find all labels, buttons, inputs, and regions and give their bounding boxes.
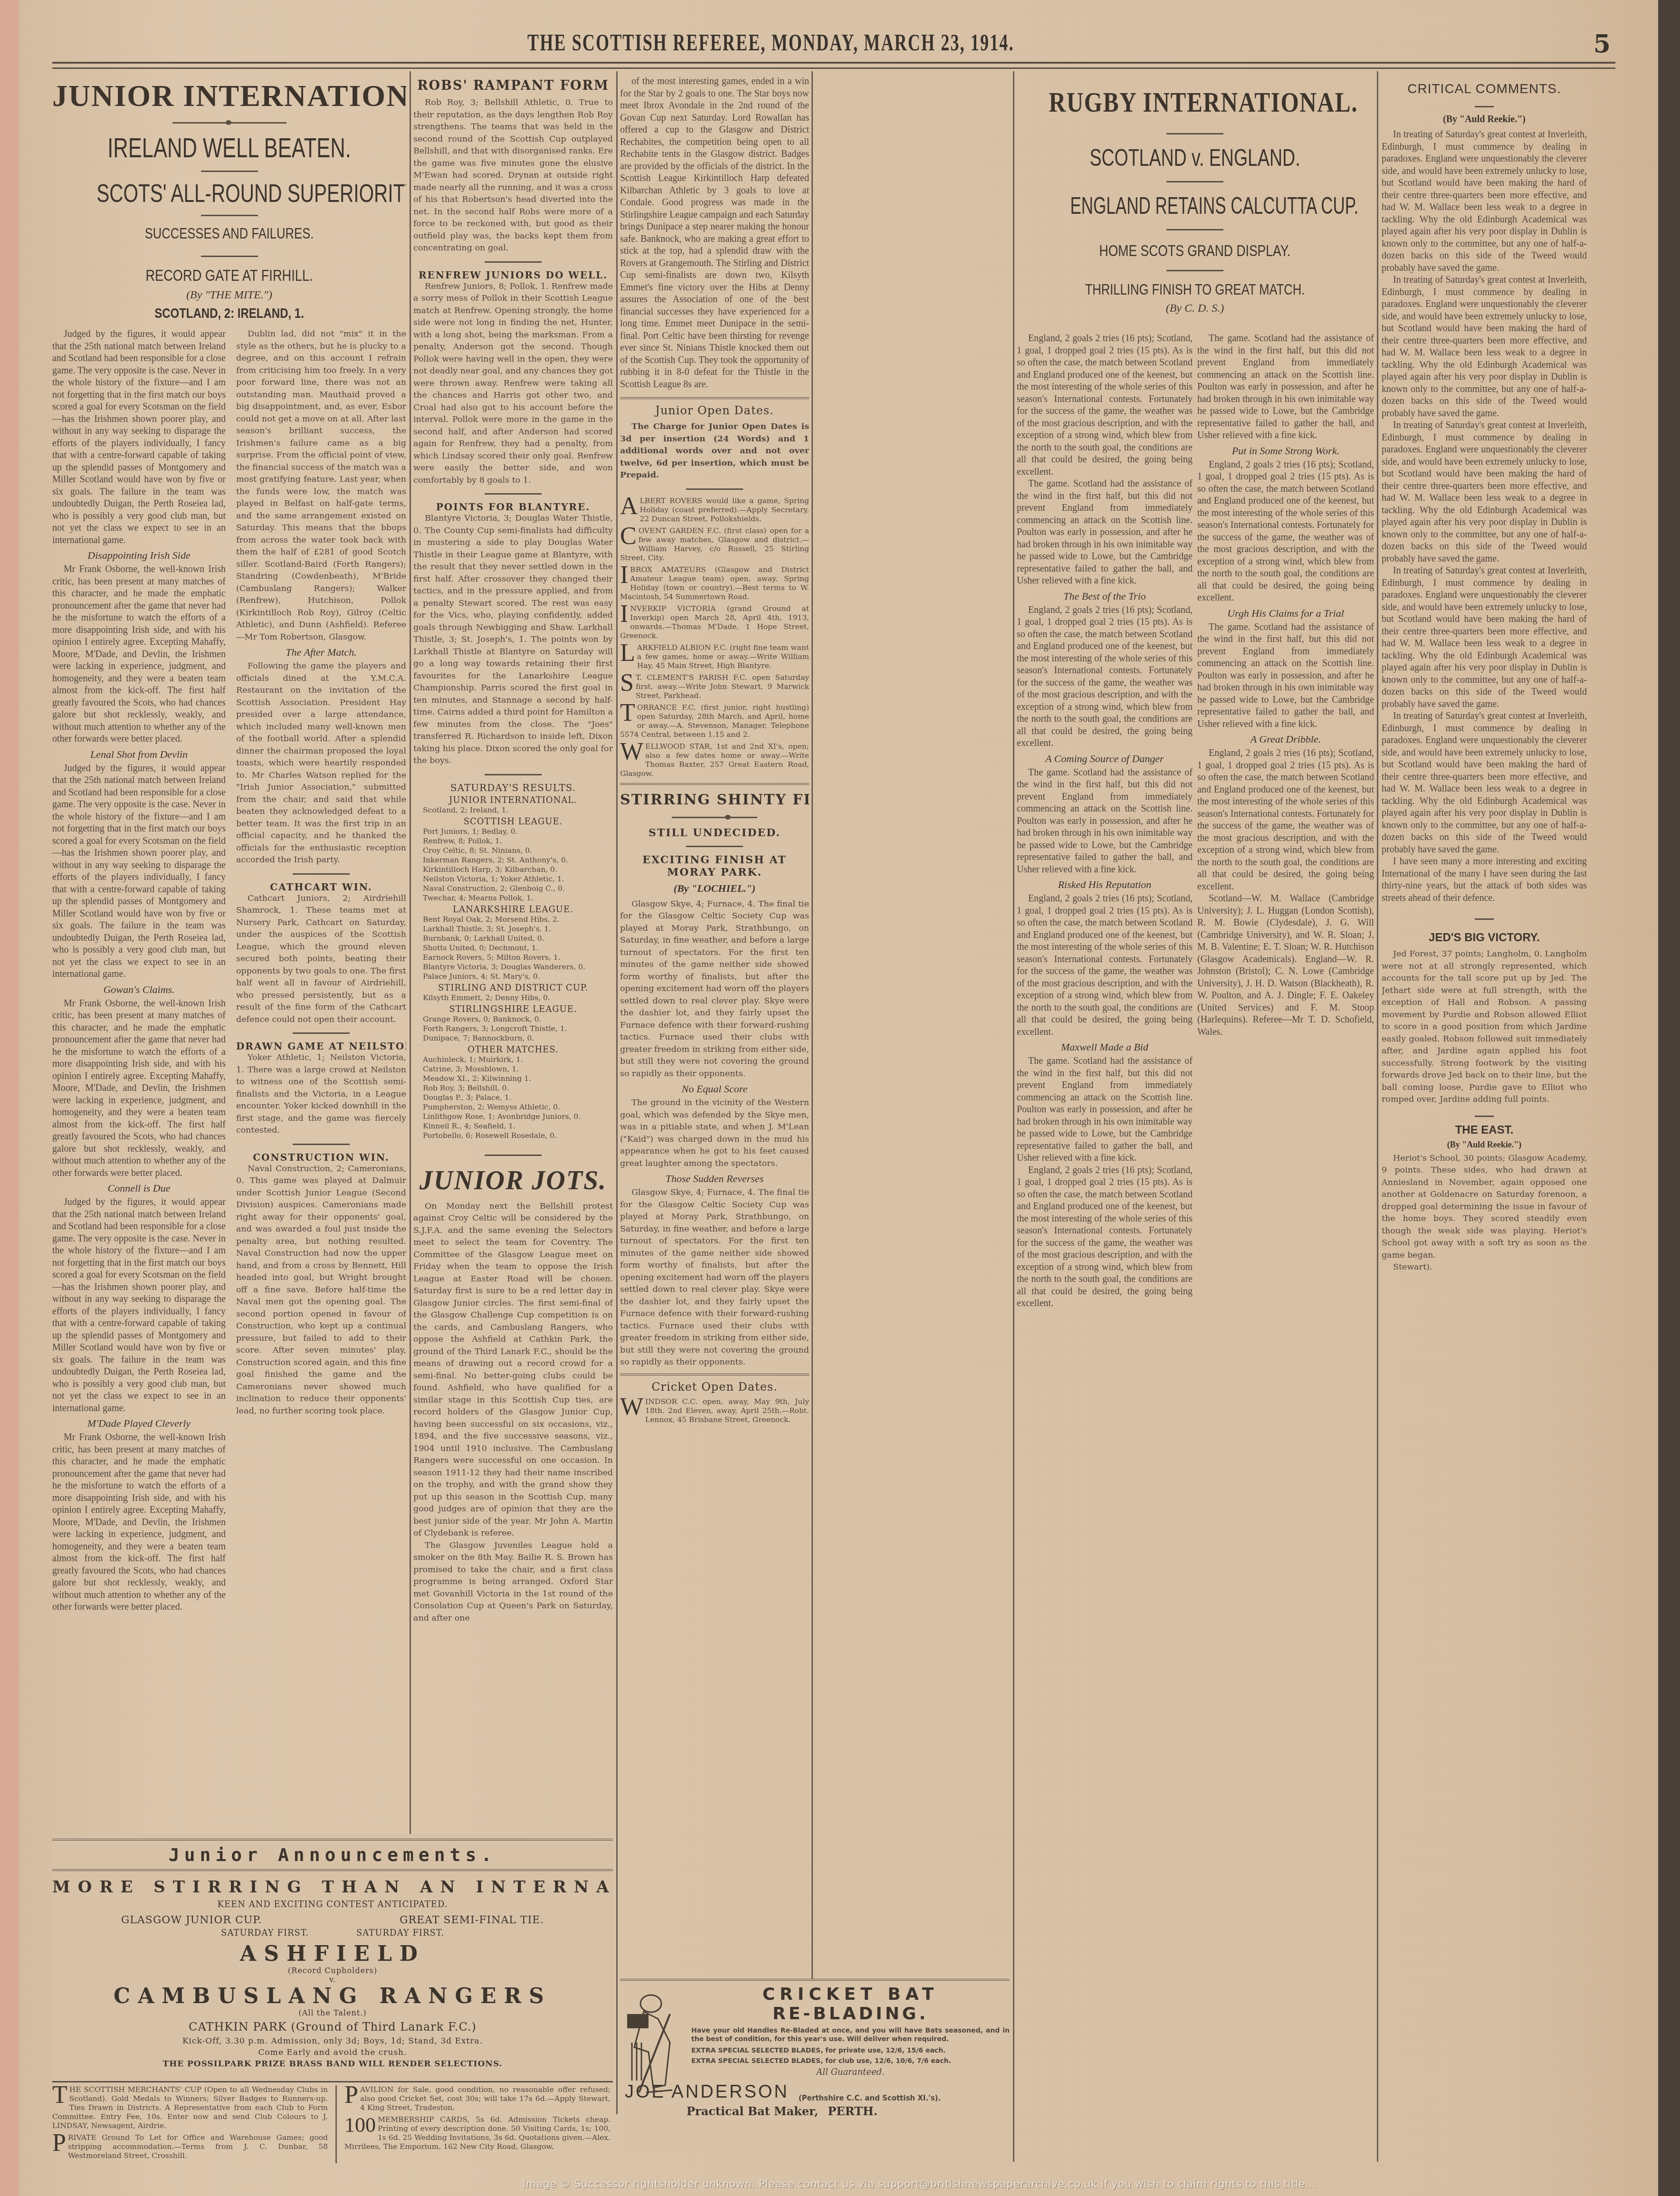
article-body: In treating of Saturday's great contest … — [1382, 420, 1587, 565]
competition-name: GLASGOW JUNIOR CUP. — [121, 1914, 262, 1926]
dropcap: S — [620, 673, 634, 693]
article-body: Heriot's School, 30 points; Glasgow Acad… — [1382, 1153, 1587, 1262]
subhead: A Coming Source of Danger — [1017, 753, 1193, 765]
deck: ENGLAND RETAINS CALCUTTA CUP. — [1070, 192, 1320, 220]
ad-text: ELLWOOD STAR, 1st and 2nd XI's, open; al… — [620, 742, 809, 778]
divider — [485, 493, 542, 495]
subhead: Gowan's Claims. — [52, 983, 226, 996]
results-section-title: STIRLING AND DISTRICT CUP. — [413, 983, 613, 993]
article-body: Judged by the figures, it would appear t… — [52, 1196, 226, 1414]
team-lineups: Scotland—W. M. Wallace (Cambridge Univer… — [1197, 893, 1374, 1038]
column-rule — [1377, 71, 1378, 2162]
result-row: Renfrew, 8; Pollok, 1. — [413, 836, 613, 846]
headline: RUGBY INTERNATIONAL. — [1049, 86, 1341, 119]
dropcap: L — [620, 643, 635, 663]
article-body: of the most interesting games, ended in … — [620, 76, 809, 391]
result-row: Blantyre Victoria, 3; Douglas Wanderers,… — [413, 962, 613, 972]
headline: JUNIOR JOTS. — [413, 1165, 613, 1196]
open-date-ad: WELLWOOD STAR, 1st and 2nd XI's, open; a… — [620, 742, 809, 778]
cricket-bat-ad: CRICKET BAT RE-BLADING. Have your old Ha… — [620, 1979, 1010, 2151]
maker-town: PERTH. — [828, 2104, 878, 2118]
divider — [293, 1032, 350, 1034]
match-day: SATURDAY FIRST. — [221, 1928, 309, 1938]
result-row: Pumpherston, 2; Wemyss Athletic, 0. — [413, 1102, 613, 1112]
article-body: In treating of Saturday's great contest … — [1382, 274, 1587, 420]
article-body: Judged by the figures, it would appear t… — [52, 328, 226, 546]
divider — [201, 256, 258, 257]
page-number: 5 — [1594, 29, 1611, 58]
ad-text: RIVATE Ground To Let for Office and Ware… — [68, 2133, 328, 2160]
result-row: Scotland, 2; Ireland, 1. — [413, 805, 613, 815]
subhead: Urgh His Claims for a Trial — [1197, 607, 1374, 620]
open-dates-list: ALBERT ROVERS would like a game, Spring … — [620, 496, 809, 778]
subhead: Those Sudden Reverses — [620, 1173, 809, 1185]
divider — [686, 846, 743, 847]
divider — [485, 1155, 542, 1156]
deck: STILL UNDECIDED. — [620, 827, 809, 839]
divider — [1166, 229, 1223, 230]
result-row: Kinneil R., 4; Seafield, 1. — [413, 1121, 613, 1131]
divider — [201, 171, 258, 172]
subhead: Lenal Shot from Devlin — [52, 748, 226, 761]
classified-ad: WINDSOR C.C. open, away, May 9th, July 1… — [620, 1397, 809, 1424]
result-row: Larkhall Thistle, 3; St. Joseph's, 1. — [413, 924, 613, 934]
result-row: Kilsyth Emmett, 2; Denny Hibs, 0. — [413, 993, 613, 1003]
rugby-column-b: The game. Scotland had the assistance of… — [1197, 333, 1374, 2167]
dropcap: A — [620, 496, 638, 516]
classified-ad: THE SCOTTISH MERCHANTS' CUP (Open to all… — [52, 2085, 328, 2130]
result-row: Naval Construction, 2; Glenboig C., 0. — [413, 884, 613, 893]
result-row: Rob Roy, 3; Bellshill, 0. — [413, 1083, 613, 1093]
article-body: Jed Forest, 37 points; Langholm, 0. Lang… — [1382, 948, 1587, 1106]
divider — [485, 261, 542, 263]
subhead: Disappointing Irish Side — [52, 549, 226, 562]
deck: EXCITING FINISH AT MORAY PARK. — [620, 854, 809, 878]
divider — [293, 1144, 350, 1145]
ad-title: CRICKET BAT — [691, 1985, 1010, 2004]
open-date-ad: IBROX AMATEURS (Glasgow and District Ama… — [620, 565, 809, 602]
result-row: Dunipace, 7; Bannockburn, 0. — [413, 1033, 613, 1043]
article-body: Judged by the figures, it would appear t… — [52, 763, 226, 981]
subhead: No Equal Score — [620, 1083, 809, 1095]
deck: SCOTLAND v. ENGLAND. — [1061, 144, 1329, 172]
ad-text: OVENT GARDEN F.C. (first class) open for… — [620, 526, 809, 562]
subhead: The After Match. — [236, 646, 406, 659]
byline: (By "LOCHIEL.") — [620, 882, 809, 895]
results-section-title: SCOTTISH LEAGUE. — [413, 817, 613, 827]
results-section-title: LANARKSHIRE LEAGUE. — [413, 905, 613, 915]
results-section-title: OTHER MATCHES. — [413, 1045, 613, 1055]
article-body: Mr Frank Osborne, the well-known Irish c… — [52, 1432, 226, 1614]
divider — [1475, 1116, 1494, 1117]
byline: (By C. D. S.) — [1017, 302, 1373, 315]
article-body: Blantyre Victoria, 3; Douglas Water This… — [413, 513, 613, 767]
subhead: Connell is Due — [52, 1182, 226, 1194]
ad-body: Have your old Handles Re-Bladed at once,… — [691, 2026, 1010, 2043]
rugby-column-a: England, 2 goals 2 tries (16 pts); Scotl… — [1017, 333, 1193, 2167]
subhead: The Best of the Trio — [1017, 590, 1193, 602]
article-body: England, 2 goals 2 tries (16 pts); Scotl… — [1017, 893, 1193, 1038]
maker-note: (Perthshire C.C. and Scottish XI.'s). — [799, 2094, 941, 2102]
page-binding-edge — [0, 0, 20, 2196]
column-rule — [410, 71, 411, 1839]
result-row: Meadow XI., 2; Kilwinning 1. — [413, 1074, 613, 1083]
subhead: Maxwell Made a Bid — [1017, 1041, 1193, 1053]
masthead-rule — [52, 62, 1615, 69]
article-body: In treating of Saturday's great contest … — [1382, 710, 1587, 856]
headline: STIRRING SHINTY FINAL. — [620, 792, 809, 808]
article-body: On Monday next the Bellshill protest aga… — [413, 1201, 613, 1540]
divider — [686, 488, 743, 490]
column-3: ROBS' RAMPANT FORM Rob Roy, 3; Bellshill… — [413, 69, 613, 2121]
results-list: JUNIOR INTERNATIONAL.Scotland, 2; Irelan… — [413, 795, 613, 1140]
result-row: Forth Rangers, 3; Longcroft Thistle, 1. — [413, 1024, 613, 1033]
headline: POINTS FOR BLANTYRE. — [413, 501, 613, 513]
result-row: Inkerman Rangers, 2; St. Anthony's, 0. — [413, 855, 613, 865]
divider — [1475, 918, 1494, 920]
result-row: Auchinleck, 1; Muirkirk, 1. — [413, 1055, 613, 1064]
ad-text: INDSOR C.C. open, away, May 9th, July 18… — [645, 1397, 809, 1424]
dropcap: I — [620, 604, 628, 624]
dropcap: 100 — [344, 2115, 376, 2135]
ad-text: ARKFIELD ALBION F.C. (right fine team wa… — [637, 643, 809, 670]
article-body: Glasgow Skye, 4; Furnace, 4. The final t… — [620, 898, 809, 1080]
column-rule — [616, 71, 618, 2114]
masthead-title: THE SCOTTISH REFEREE, MONDAY, MARCH 23, … — [527, 29, 1014, 56]
results-section-title: JUNIOR INTERNATIONAL. — [413, 795, 613, 805]
article-body: Mr Frank Osborne, the well-known Irish c… — [52, 563, 226, 745]
article-body: The game. Scotland had the assistance of… — [1017, 1055, 1193, 1165]
result-row: Port Juniors, 1; Bedlay, 0. — [413, 827, 613, 836]
divider — [172, 122, 286, 124]
ad-title: RE-BLADING. — [691, 2004, 1010, 2024]
column-rule — [811, 71, 813, 2124]
headline: CRITICAL COMMENTS. — [1382, 81, 1587, 96]
result-row: Grange Rovers, 0; Banknock, 0. — [413, 1014, 613, 1024]
batsman-illustration-icon — [625, 1990, 687, 2100]
guarantee: All Guaranteed. — [691, 2067, 1010, 2077]
article-body: The game. Scotland had the assistance of… — [1197, 621, 1374, 731]
result-row: Bent Royal Oak, 2; Morsend Hibs, 2. — [413, 915, 613, 924]
divider — [485, 774, 542, 775]
deck: IRELAND WELL BEATEN. — [96, 132, 362, 164]
article-body: Dublin lad, did not "mix" it in the styl… — [236, 328, 406, 643]
open-date-ad: ALBERT ROVERS would like a game, Spring … — [620, 496, 809, 524]
article-body: England, 2 goals 2 tries (16 pts); Scotl… — [1197, 459, 1374, 604]
headline: Cricket Open Dates. — [620, 1380, 809, 1394]
divider — [1166, 133, 1223, 134]
deck: SCOTS' ALL-ROUND SUPERIORITY. — [96, 179, 362, 208]
result-row: Shotts United, 0; Dechmont, 1. — [413, 943, 613, 953]
divider — [1166, 181, 1223, 182]
article-body: The ground in the vicinity of the Wester… — [620, 1097, 809, 1170]
subhead: Put in Some Strong Work. — [1197, 445, 1374, 457]
ad-price: EXTRA SPECIAL SELECTED BLADES, for priva… — [691, 2046, 1010, 2055]
copyright-watermark: Image © Successor rightsholder unknown. … — [523, 2178, 1316, 2190]
deck: THRILLING FINISH TO GREAT MATCH. — [1052, 281, 1337, 298]
ad-text: LBERT ROVERS would like a game, Spring H… — [640, 496, 809, 523]
result-row: Croy Celtic, 8; St. Ninians, 0. — [413, 846, 613, 855]
ad-text: ORRANCE F.C. (first junior, right hustli… — [620, 703, 809, 739]
ad-price: EXTRA SPECIAL SELECTED BLADES, for club … — [691, 2057, 1010, 2065]
results-headline: SATURDAY'S RESULTS. — [413, 782, 613, 793]
headline: Junior Open Dates. — [620, 404, 809, 417]
headline: RENFREW JUNIORS DO WELL. — [413, 269, 613, 281]
article-body: Yoker Athletic, 1; Neilston Victoria, 1.… — [236, 1052, 406, 1137]
subhead: Risked His Reputation — [1017, 878, 1193, 891]
column-rule — [335, 2085, 337, 2163]
headline: CATHCART WIN. — [236, 881, 406, 893]
column-4: of the most interesting games, ended in … — [620, 69, 809, 2159]
headline: JED'S BIG VICTORY. — [1382, 931, 1587, 945]
divider — [293, 873, 350, 875]
article-body: Naval Construction, 2; Cameronians, 0. T… — [236, 1163, 406, 1418]
column-7: CRITICAL COMMENTS. (By "Auld Reekie.") I… — [1382, 69, 1587, 2169]
open-date-ad: INVERKIP VICTORIA (grand Ground at Inver… — [620, 604, 809, 640]
divider — [201, 215, 258, 216]
result-row: Kirkintilloch Harp, 3; Kilbarchan, 0. — [413, 865, 613, 874]
result-row: Portobello, 6; Rosewell Rosedale, 0. — [413, 1131, 613, 1140]
article-body: The Glasgow Juveniles League hold a smok… — [413, 1540, 613, 1625]
subhead: M'Dade Played Cleverly — [52, 1417, 226, 1430]
headline: CONSTRUCTION WIN. — [236, 1152, 406, 1163]
article-body: The game. Scotland had the assistance of… — [1017, 767, 1193, 876]
open-date-ad: LARKFIELD ALBION F.C. (right fine team w… — [620, 643, 809, 670]
ad-text: T. CLEMENT'S PARISH F.C. open Saturday f… — [636, 673, 809, 700]
subhead: A Great Dribble. — [1197, 733, 1374, 745]
divider — [672, 817, 757, 818]
dropcap: T — [52, 2085, 67, 2105]
deck: HOME SCOTS GRAND DISPLAY. — [1056, 242, 1334, 260]
article-body: In treating of Saturday's great contest … — [1382, 565, 1587, 710]
headline: JUNIOR INTERNATIONAL. — [52, 78, 406, 114]
masthead: THE SCOTTISH REFEREE, MONDAY, MARCH 23, … — [52, 0, 1615, 67]
dropcap: P — [52, 2133, 66, 2153]
ad-text: HE SCOTTISH MERCHANTS' CUP (Open to all … — [52, 2085, 328, 2130]
divider — [1166, 270, 1223, 271]
dropcap: C — [620, 526, 637, 546]
byline: (By "Auld Reekie.") — [1382, 114, 1587, 125]
result-row: Catrine, 3; Mossblown, 1. — [413, 1064, 613, 1074]
article-body: Glasgow Skye, 4; Furnace, 4. The final t… — [620, 1187, 809, 1369]
article-body: The game. Scotland had the assistance of… — [1197, 333, 1374, 442]
result-row: Neilston Victoria, 1; Yoker Athletic, 1. — [413, 874, 613, 884]
article-body: Mr Frank Osborne, the well-known Irish c… — [52, 998, 226, 1180]
ad-text: NVERKIP VICTORIA (grand Ground at Inverk… — [620, 604, 809, 640]
article-body: England, 2 goals 2 tries (16 pts); Scotl… — [1197, 747, 1374, 893]
article-junior-international: JUNIOR INTERNATIONAL. IRELAND WELL BEATE… — [52, 69, 406, 1614]
article-body: Following the game the players and offic… — [236, 660, 406, 867]
headline: DRAWN GAME AT NEILSTON. — [236, 1041, 406, 1052]
open-date-ad: ST. CLEMENT'S PARISH F.C. open Saturday … — [620, 673, 809, 700]
classified-ad: PRIVATE Ground To Let for Office and War… — [52, 2133, 328, 2160]
open-date-ad: COVENT GARDEN F.C. (first class) open fo… — [620, 526, 809, 563]
byline: (By "Auld Reekie.") — [1382, 1140, 1587, 1150]
open-date-ad: TORRANCE F.C. (first junior, right hustl… — [620, 703, 809, 739]
article-body: Cathcart Juniors, 2; Airdriehill Shamroc… — [236, 893, 406, 1026]
rates-note: The Charge for Junior Open Dates is 3d p… — [620, 421, 809, 482]
article-body: England, 2 goals 2 tries (16 pts); Scotl… — [1017, 604, 1193, 750]
article-body: Rob Roy, 3; Bellshill Athletic, 0. True … — [413, 97, 613, 255]
result-row: Twechar, 4; Mearns Pollok, 1. — [413, 893, 613, 903]
deck: SUCCESSES AND FAILURES. — [88, 225, 371, 242]
headline: ROBS' RAMPANT FORM — [413, 78, 613, 93]
dropcap: W — [620, 1397, 643, 1417]
result-row: Earnock Rovers, 5; Milton Rovers, 1. — [413, 953, 613, 962]
result-row: Burnbank, 0; Larkhall United, 0. — [413, 934, 613, 943]
ad-text: BROX AMATEURS (Glasgow and District Amat… — [620, 565, 809, 601]
scanner-shadow — [1658, 0, 1680, 2196]
divider — [1475, 106, 1494, 107]
deck: RECORD GATE AT FIRHILL. — [88, 267, 371, 285]
article-body: Renfrew Juniors, 8; Pollok, 1. Renfrew m… — [413, 281, 613, 487]
dropcap: T — [620, 703, 635, 723]
headline: THE EAST. — [1382, 1124, 1587, 1137]
article-body: England, 2 goals 2 tries (16 pts); Scotl… — [1017, 333, 1193, 478]
results-section-title: STIRLINGSHIRE LEAGUE. — [413, 1004, 613, 1014]
score-line: SCOTLAND, 2: IRELAND, 1. — [88, 306, 371, 322]
result-row: Palace Juniors, 4; St. Mary's, 0. — [413, 972, 613, 981]
article-body: In treating of Saturday's great contest … — [1382, 129, 1587, 274]
result-row: Linlithgow Rose, 1; Avonbridge Juniors, … — [413, 1112, 613, 1121]
article-body: Stewart). — [1382, 1261, 1587, 1274]
article-body: The game. Scotland had the assistance of… — [1017, 478, 1193, 587]
dropcap: I — [620, 565, 628, 585]
maker-trade: Practical Bat Maker, — [687, 2104, 818, 2118]
article-body: England, 2 goals 2 tries (16 pts); Scotl… — [1017, 1165, 1193, 1310]
dropcap: P — [344, 2085, 358, 2105]
byline: (By "THE MITE.") — [52, 289, 406, 302]
result-row: Douglas P., 3; Palace, 1. — [413, 1093, 613, 1102]
dropcap: W — [620, 742, 643, 762]
article-body: I have seen many a more interesting and … — [1382, 856, 1587, 904]
